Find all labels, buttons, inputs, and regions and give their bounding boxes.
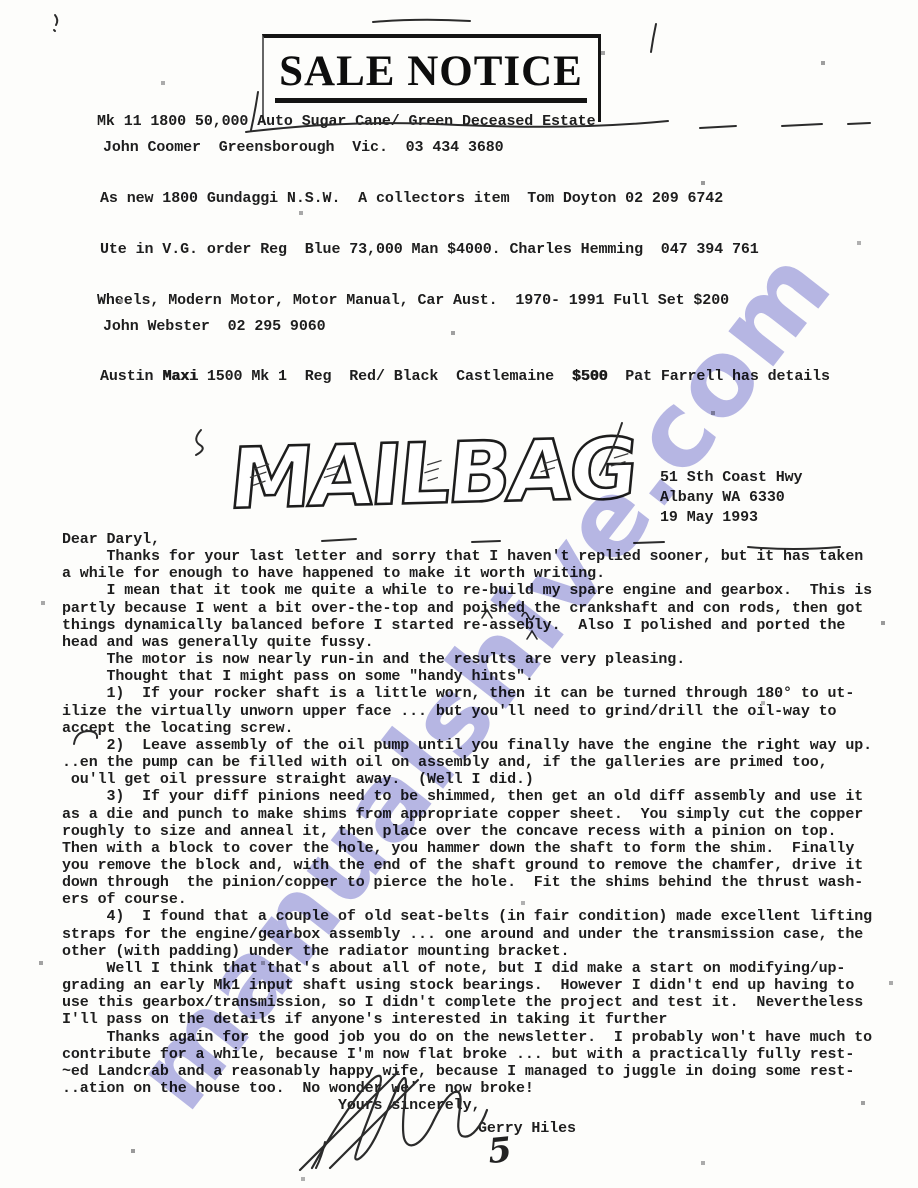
- listing-gundaggi: As new 1800 Gundaggi N.S.W. A collectors…: [100, 190, 723, 207]
- scan-noise: [0, 0, 2, 2]
- pen-stroke-right-of-box: [651, 24, 656, 52]
- scanned-newsletter-page: SALE NOTICE Mk 11 1800 50,000 Auto Sugar…: [0, 0, 918, 1188]
- austin-pre: Austin: [100, 368, 162, 385]
- listing-magazines-line1: Wheels, Modern Motor, Motor Manual, Car …: [97, 292, 729, 309]
- austin-bold-price: $500: [572, 368, 608, 385]
- address-line-2: Albany WA 6330: [660, 489, 785, 506]
- austin-bold-maxi: Maxi: [162, 368, 198, 385]
- mailbag-heading-art: MAILBAG: [222, 412, 682, 532]
- listing-ute: Ute in V.G. order Reg Blue 73,000 Man $4…: [100, 241, 759, 258]
- listing-mk11-line1: Mk 11 1800 50,000 Auto Sugar Cane/ Green…: [97, 113, 595, 130]
- letter-body: Dear Daryl, Thanks for your last letter …: [62, 531, 872, 1114]
- austin-post: Pat Farrell has details: [607, 368, 830, 385]
- listing-mk11-line2: John Coomer Greensborough Vic. 03 434 36…: [103, 139, 504, 156]
- listing-austin-maxi: Austin Maxi 1500 Mk 1 Reg Red/ Black Cas…: [100, 368, 830, 385]
- mailbag-curl-mark: [196, 430, 203, 455]
- underline-dashes: [700, 123, 870, 128]
- sale-notice-box: SALE NOTICE: [262, 34, 601, 122]
- handwritten-page-number: 5: [486, 1133, 513, 1169]
- corner-ink-mark: [54, 15, 57, 31]
- address-line-1: 51 Sth Coast Hwy: [660, 469, 802, 486]
- address-line-3: 19 May 1993: [660, 509, 758, 526]
- mailbag-envelope-detail: [249, 454, 628, 486]
- austin-mid: 1500 Mk 1 Reg Red/ Black Castlemaine: [198, 368, 572, 385]
- mailbag-slash-mark: [600, 423, 622, 475]
- listing-magazines-line2: John Webster 02 295 9060: [103, 318, 326, 335]
- mailbag-heading-text: MAILBAG: [225, 420, 639, 528]
- stray-line-above-box: [373, 20, 470, 22]
- sale-notice-title: SALE NOTICE: [275, 48, 587, 103]
- handwritten-slash: [316, 1142, 325, 1168]
